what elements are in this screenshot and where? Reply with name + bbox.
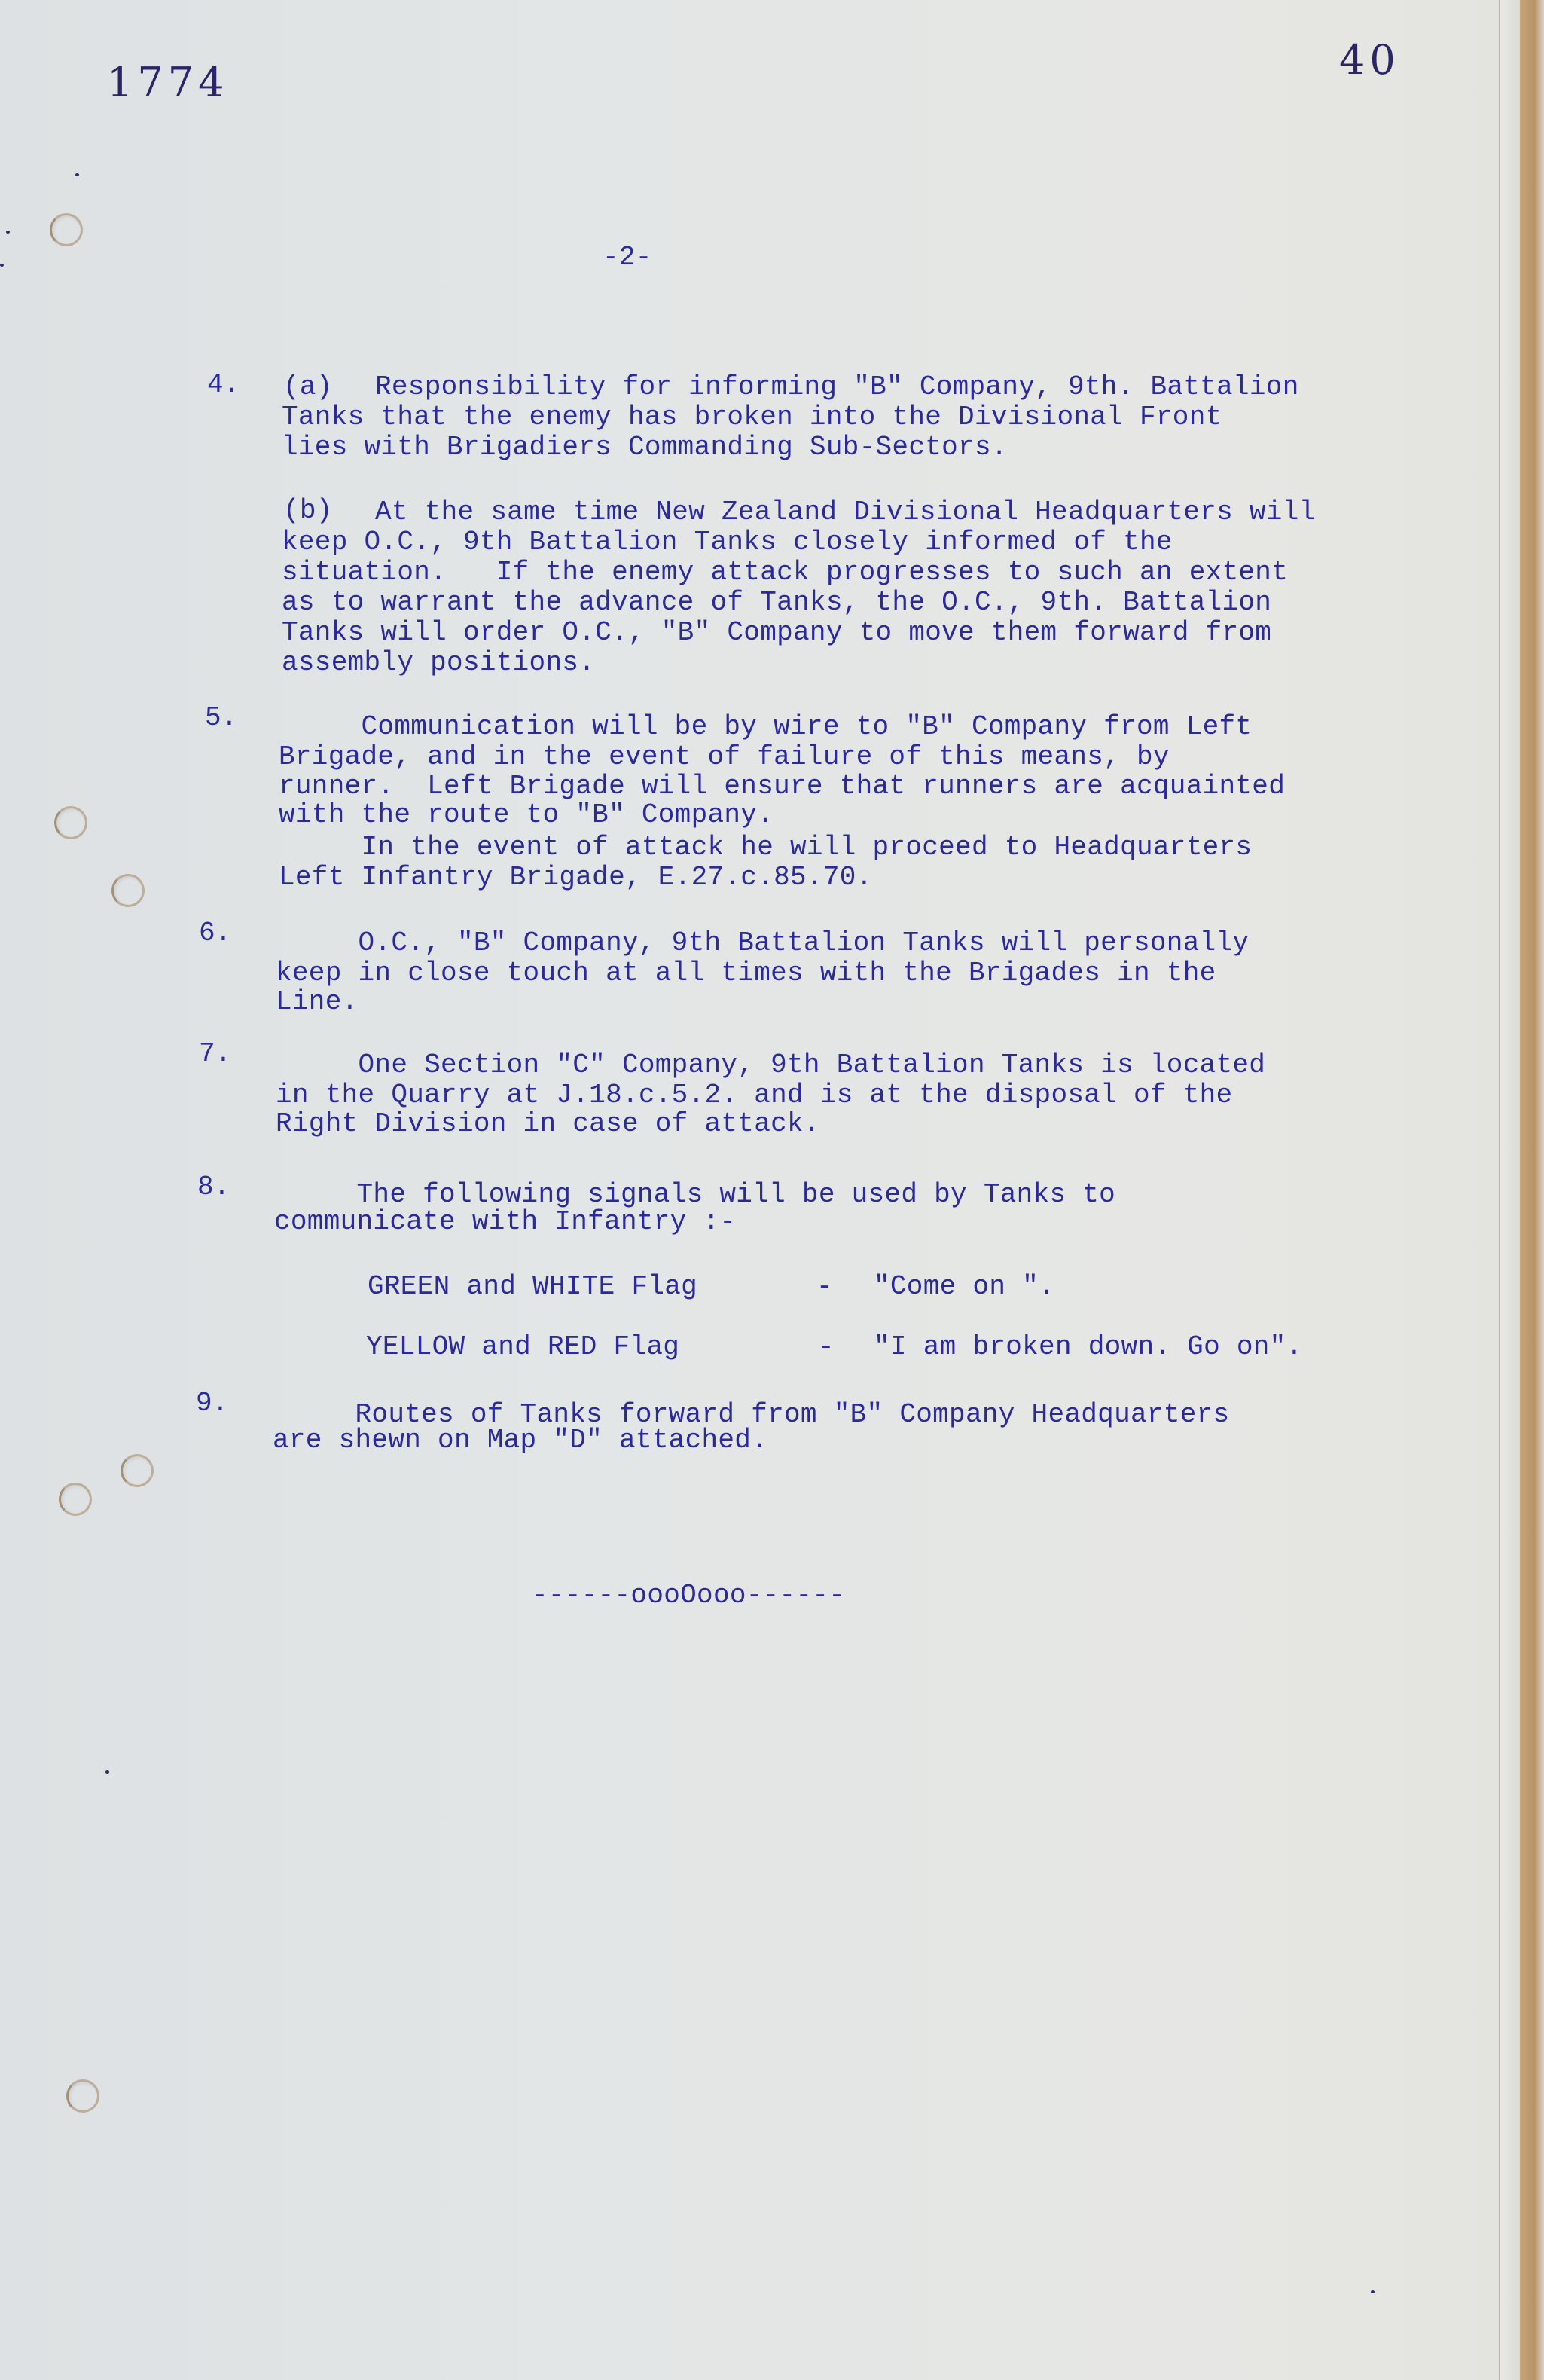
punch-hole [54, 806, 87, 839]
punch-hole [111, 874, 145, 907]
paragraph-line: In the event of attack he will proceed t… [279, 833, 1252, 863]
paragraph-number: 5. [205, 702, 237, 733]
document-page: 1774 40 -2- 4. (a) Responsibility for in… [0, 0, 1500, 2380]
paragraph-line: Tanks will order O.C., "B" Company to mo… [282, 618, 1271, 648]
paragraph-number: 8. [197, 1172, 230, 1202]
folio-number-stamp: 40 [1339, 36, 1400, 84]
paragraph-line: as to warrant the advance of Tanks, the … [282, 588, 1271, 618]
paragraph-line: Right Division in case of attack. [276, 1109, 820, 1139]
sub-label-a: (a) [283, 372, 333, 402]
binder-edge [1520, 0, 1544, 2380]
ink-speck [6, 231, 10, 234]
page-marker: -2- [603, 243, 652, 273]
file-number-stamp: 1774 [107, 59, 228, 106]
paragraph-line: situation. If the enemy attack progresse… [282, 558, 1288, 588]
signal-meaning: "Come on ". [874, 1272, 1055, 1302]
ink-speck [1371, 2290, 1375, 2293]
paragraph-line: At the same time New Zealand Divisional … [375, 497, 1316, 527]
paragraph-line: lies with Brigadiers Commanding Sub-Sect… [282, 432, 1008, 463]
paragraph-line: keep O.C., 9th Battalion Tanks closely i… [282, 527, 1173, 558]
signal-flag: GREEN and WHITE Flag [368, 1272, 697, 1302]
paragraph-line: communicate with Infantry :- [274, 1207, 736, 1237]
punch-hole [121, 1454, 154, 1487]
end-rule: ------oooOooo------ [532, 1581, 845, 1611]
ink-speck [0, 264, 4, 267]
signal-meaning: "I am broken down. Go on". [874, 1332, 1303, 1362]
page-edge [1500, 0, 1520, 2380]
signal-flag: YELLOW and RED Flag [366, 1332, 679, 1362]
paragraph-line: assembly positions. [282, 648, 595, 678]
paragraph-number: 9. [196, 1388, 228, 1419]
paragraph-line: keep in close touch at all times with th… [276, 958, 1216, 988]
paragraph-line: Communication will be by wire to "B" Com… [279, 712, 1252, 742]
signal-dash: - [818, 1332, 835, 1362]
ink-speck [75, 173, 79, 176]
punch-hole [50, 213, 83, 246]
paragraph-line: Responsibility for informing "B" Company… [375, 372, 1299, 402]
paragraph-number: 6. [199, 918, 231, 949]
paragraph-number: 7. [199, 1038, 231, 1069]
ink-speck [105, 1770, 109, 1774]
paragraph-line: O.C., "B" Company, 9th Battalion Tanks w… [276, 928, 1249, 958]
paragraph-line: in the Quarry at J.18.c.5.2. and is at t… [276, 1080, 1232, 1111]
paragraph-line: runner. Left Brigade will ensure that ru… [279, 771, 1285, 802]
paragraph-line: are shewn on Map "D" attached. [273, 1425, 767, 1456]
paragraph-line: Left Infantry Brigade, E.27.c.85.70. [279, 863, 873, 893]
signal-dash: - [816, 1272, 833, 1302]
paragraph-line: Line. [276, 987, 359, 1017]
paragraph-line: One Section "C" Company, 9th Battalion T… [276, 1050, 1265, 1080]
punch-hole [59, 1483, 92, 1516]
paragraph-line: The following signals will be used by Ta… [274, 1180, 1115, 1210]
punch-hole [66, 2079, 99, 2113]
paragraph-number: 4. [207, 369, 240, 400]
sub-label-b: (b) [283, 496, 333, 526]
paragraph-line: Brigade, and in the event of failure of … [279, 742, 1170, 772]
paragraph-line: Tanks that the enemy has broken into the… [282, 402, 1222, 432]
paragraph-line: with the route to "B" Company. [279, 800, 774, 830]
